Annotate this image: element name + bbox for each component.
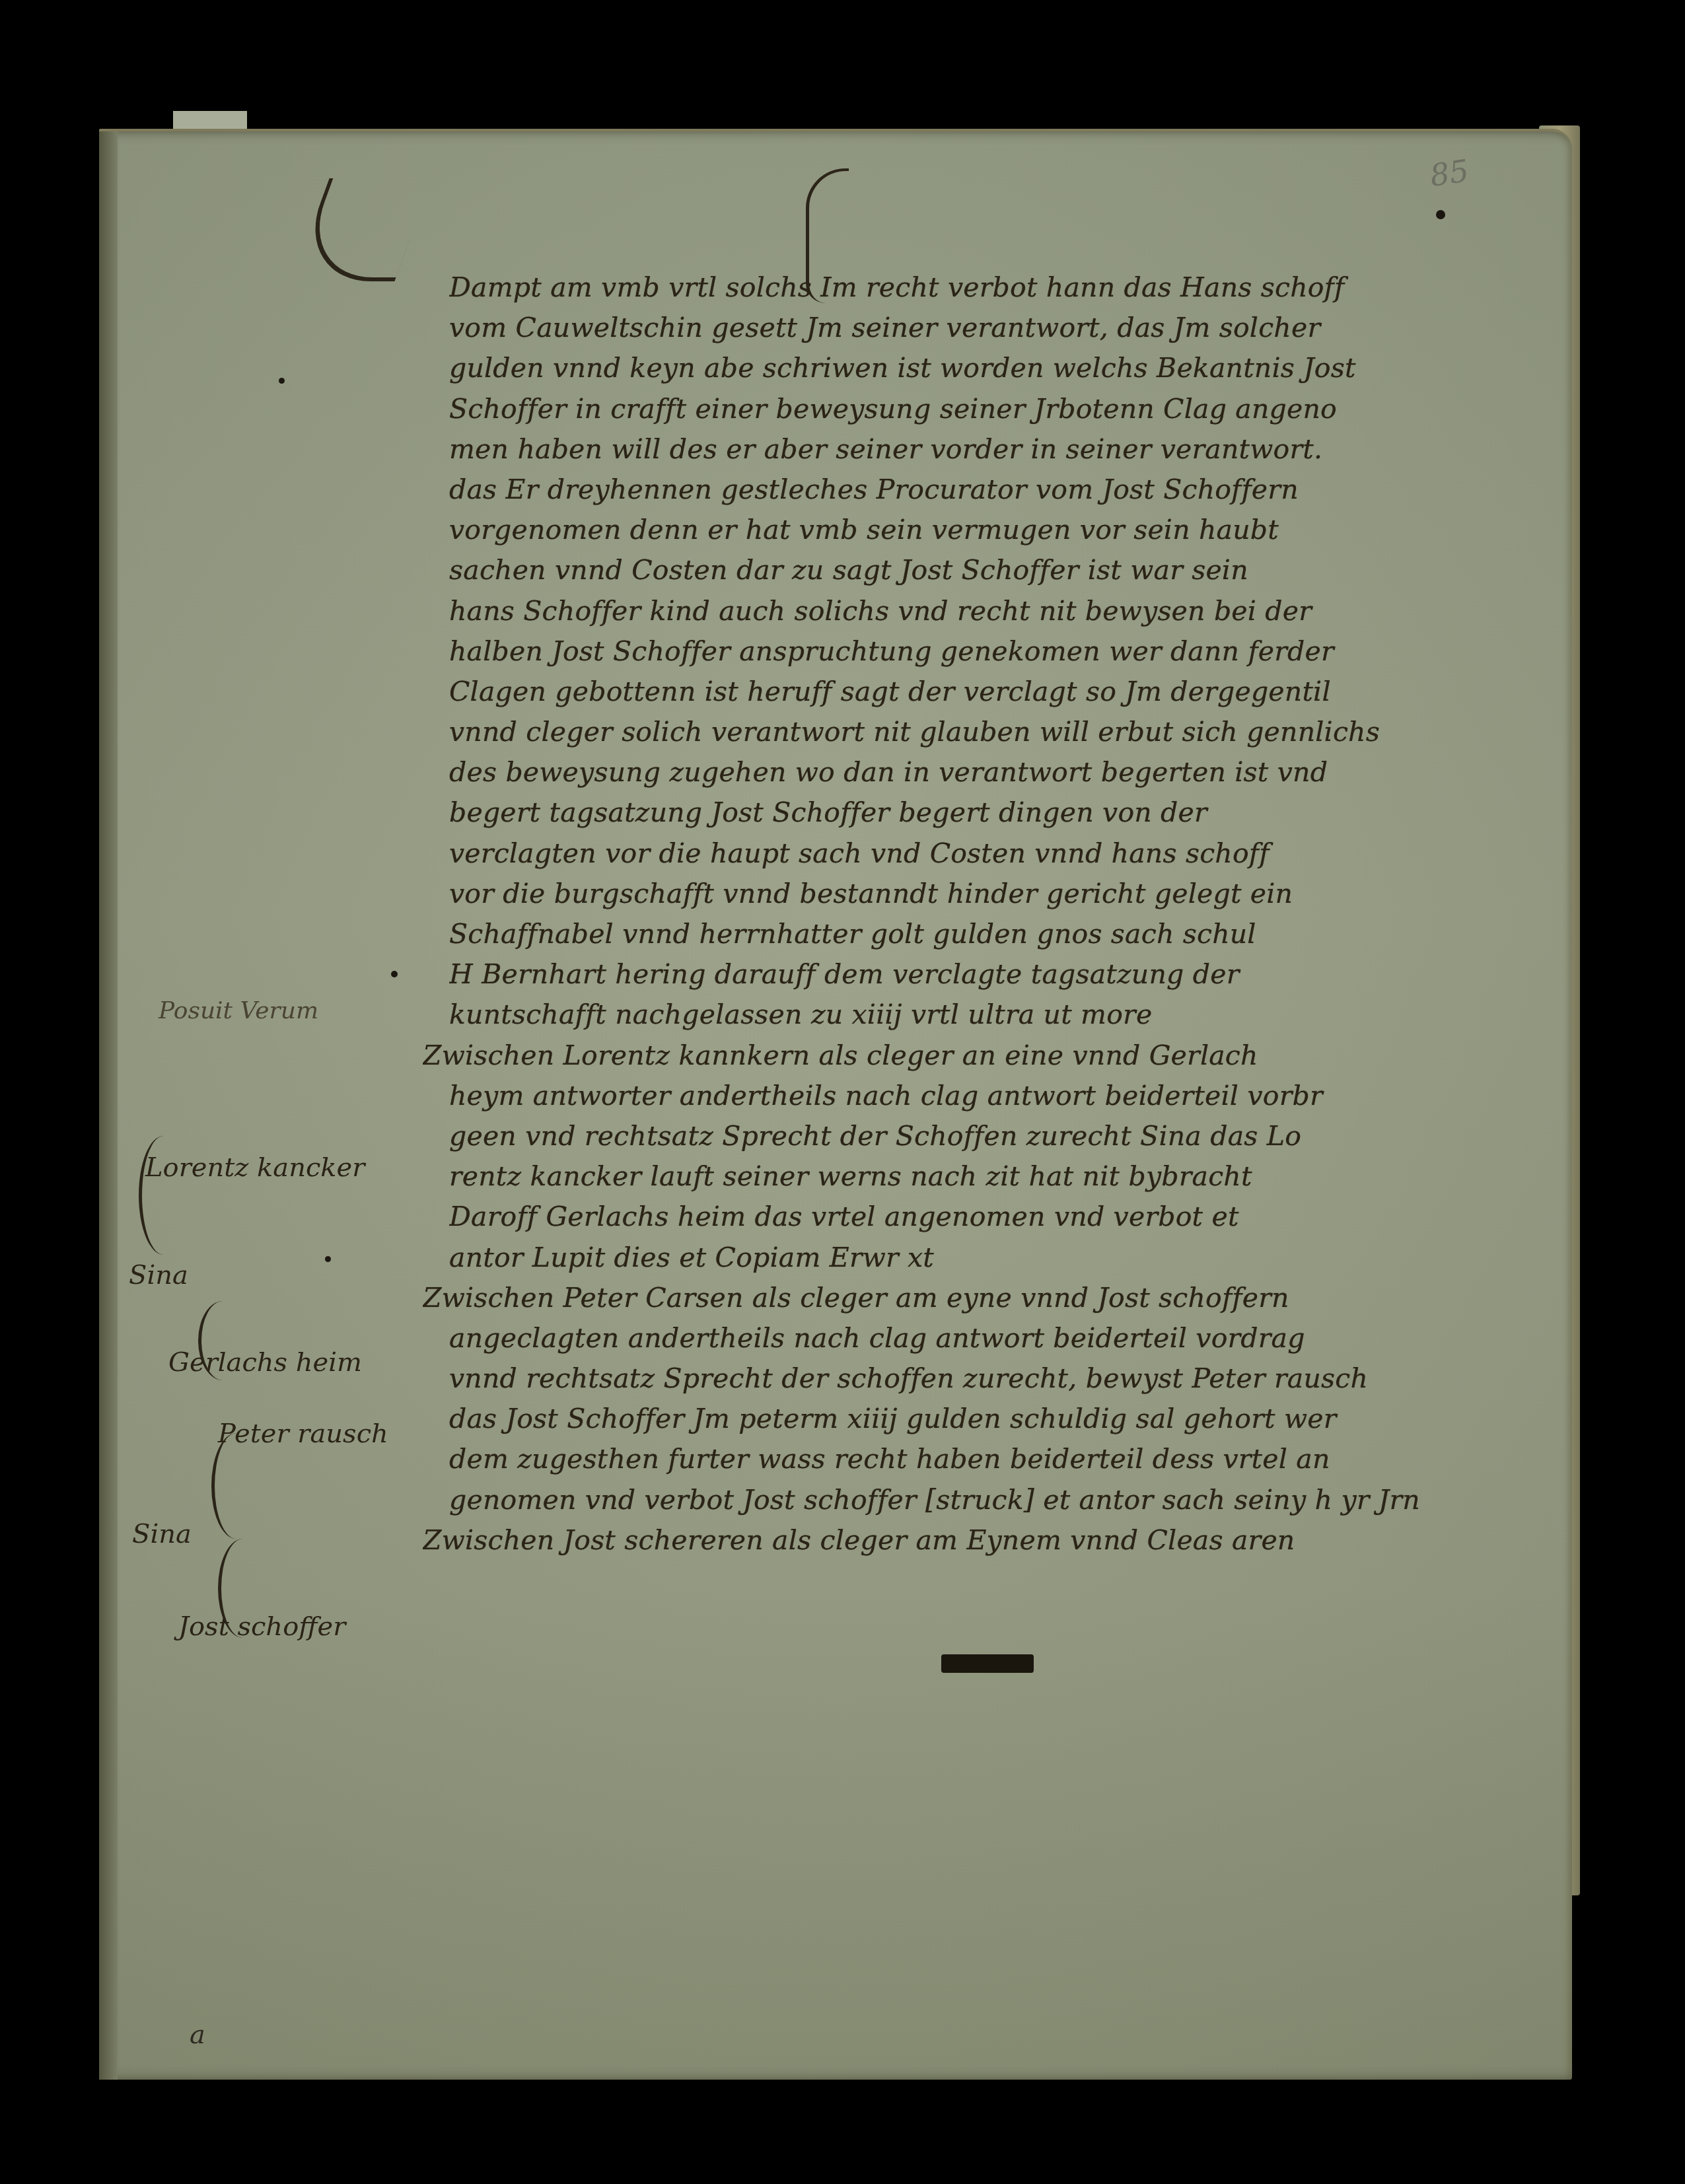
text-line: das Er dreyhennen gestleches Procurator … <box>449 470 1546 510</box>
text-line: dem zugesthen furter wass recht haben be… <box>449 1439 1546 1479</box>
margin-note: Sina <box>132 1519 192 1549</box>
text-line: Zwischen Peter Carsen als cleger am eyne… <box>423 1278 1546 1318</box>
text-line: Schoffer in crafft einer beweysung seine… <box>449 389 1546 429</box>
margin-bracket <box>218 1539 268 1638</box>
text-line: geen vnd rechtsatz Sprecht der Schoffen … <box>449 1116 1546 1156</box>
corner-mark: a <box>190 2020 205 2050</box>
text-line: rentz kancker lauft seiner werns nach zi… <box>449 1156 1546 1197</box>
text-line: Schaffnabel vnnd herrnhatter golt gulden… <box>449 914 1546 954</box>
margin-bracket <box>198 1301 248 1380</box>
text-line: vnnd cleger solich verantwort nit glaube… <box>449 712 1546 752</box>
struck-out-word <box>941 1654 1034 1673</box>
ink-dot <box>325 1256 331 1262</box>
text-line: das Jost Schoffer Jm peterm xiiij gulden… <box>449 1399 1546 1439</box>
ink-dot <box>1436 210 1445 219</box>
text-line: hans Schoffer kind auch solichs vnd rech… <box>449 591 1546 631</box>
text-line: gulden vnnd keyn abe schriwen ist worden… <box>449 348 1546 388</box>
text-line: genomen vnd verbot Jost schoffer [struck… <box>449 1480 1546 1520</box>
main-text-body: Dampt am vmb vrtl solchs Im recht verbot… <box>449 267 1546 1561</box>
text-line: vnnd rechtsatz Sprecht der schoffen zure… <box>449 1358 1546 1399</box>
text-line: Clagen gebottenn ist heruff sagt der ver… <box>449 672 1546 712</box>
ink-dot <box>279 378 285 384</box>
text-line: vorgenomen denn er hat vmb sein vermugen… <box>449 510 1546 550</box>
text-line: men haben will des er aber seiner vorder… <box>449 429 1546 470</box>
text-line: sachen vnnd Costen dar zu sagt Jost Scho… <box>449 550 1546 590</box>
text-line: vor die burgschafft vnnd bestanndt hinde… <box>449 874 1546 914</box>
text-line: H Bernhart hering darauff dem verclagte … <box>449 954 1546 995</box>
page-gutter-shadow <box>99 131 118 2080</box>
text-line: Zwischen Lorentz kannkern als cleger an … <box>423 1036 1546 1076</box>
text-line: begert tagsatzung Jost Schoffer begert d… <box>449 793 1546 833</box>
text-line: angeclagten andertheils nach clag antwor… <box>449 1318 1546 1358</box>
margin-bracket <box>139 1136 188 1255</box>
folio-number: 85 <box>1428 153 1471 194</box>
text-line: vom Cauweltschin gesett Jm seiner verant… <box>449 308 1546 348</box>
margin-note: Gerlachs heim <box>168 1347 362 1378</box>
text-line: kuntschafft nachgelassen zu xiiij vrtl u… <box>449 995 1546 1035</box>
text-line: verclagten vor die haupt sach vnd Costen… <box>449 833 1546 874</box>
text-line: antor Lupit dies et Copiam Erwr xt <box>449 1238 1546 1278</box>
margin-note: Sina <box>129 1260 188 1290</box>
ink-dot <box>391 971 398 977</box>
text-line: heym antworter andertheils nach clag ant… <box>449 1076 1546 1116</box>
text-line: Daroff Gerlachs heim das vrtel angenomen… <box>449 1197 1546 1237</box>
margin-note: Posuit Verum <box>159 997 318 1024</box>
text-line: Dampt am vmb vrtl solchs Im recht verbot… <box>449 267 1546 308</box>
margin-bracket <box>211 1433 261 1539</box>
text-line: des beweysung zugehen wo dan in verantwo… <box>449 752 1546 793</box>
text-line: Zwischen Jost schereren als cleger am Ey… <box>423 1520 1546 1561</box>
text-line: halben Jost Schoffer anspruchtung geneko… <box>449 631 1546 672</box>
